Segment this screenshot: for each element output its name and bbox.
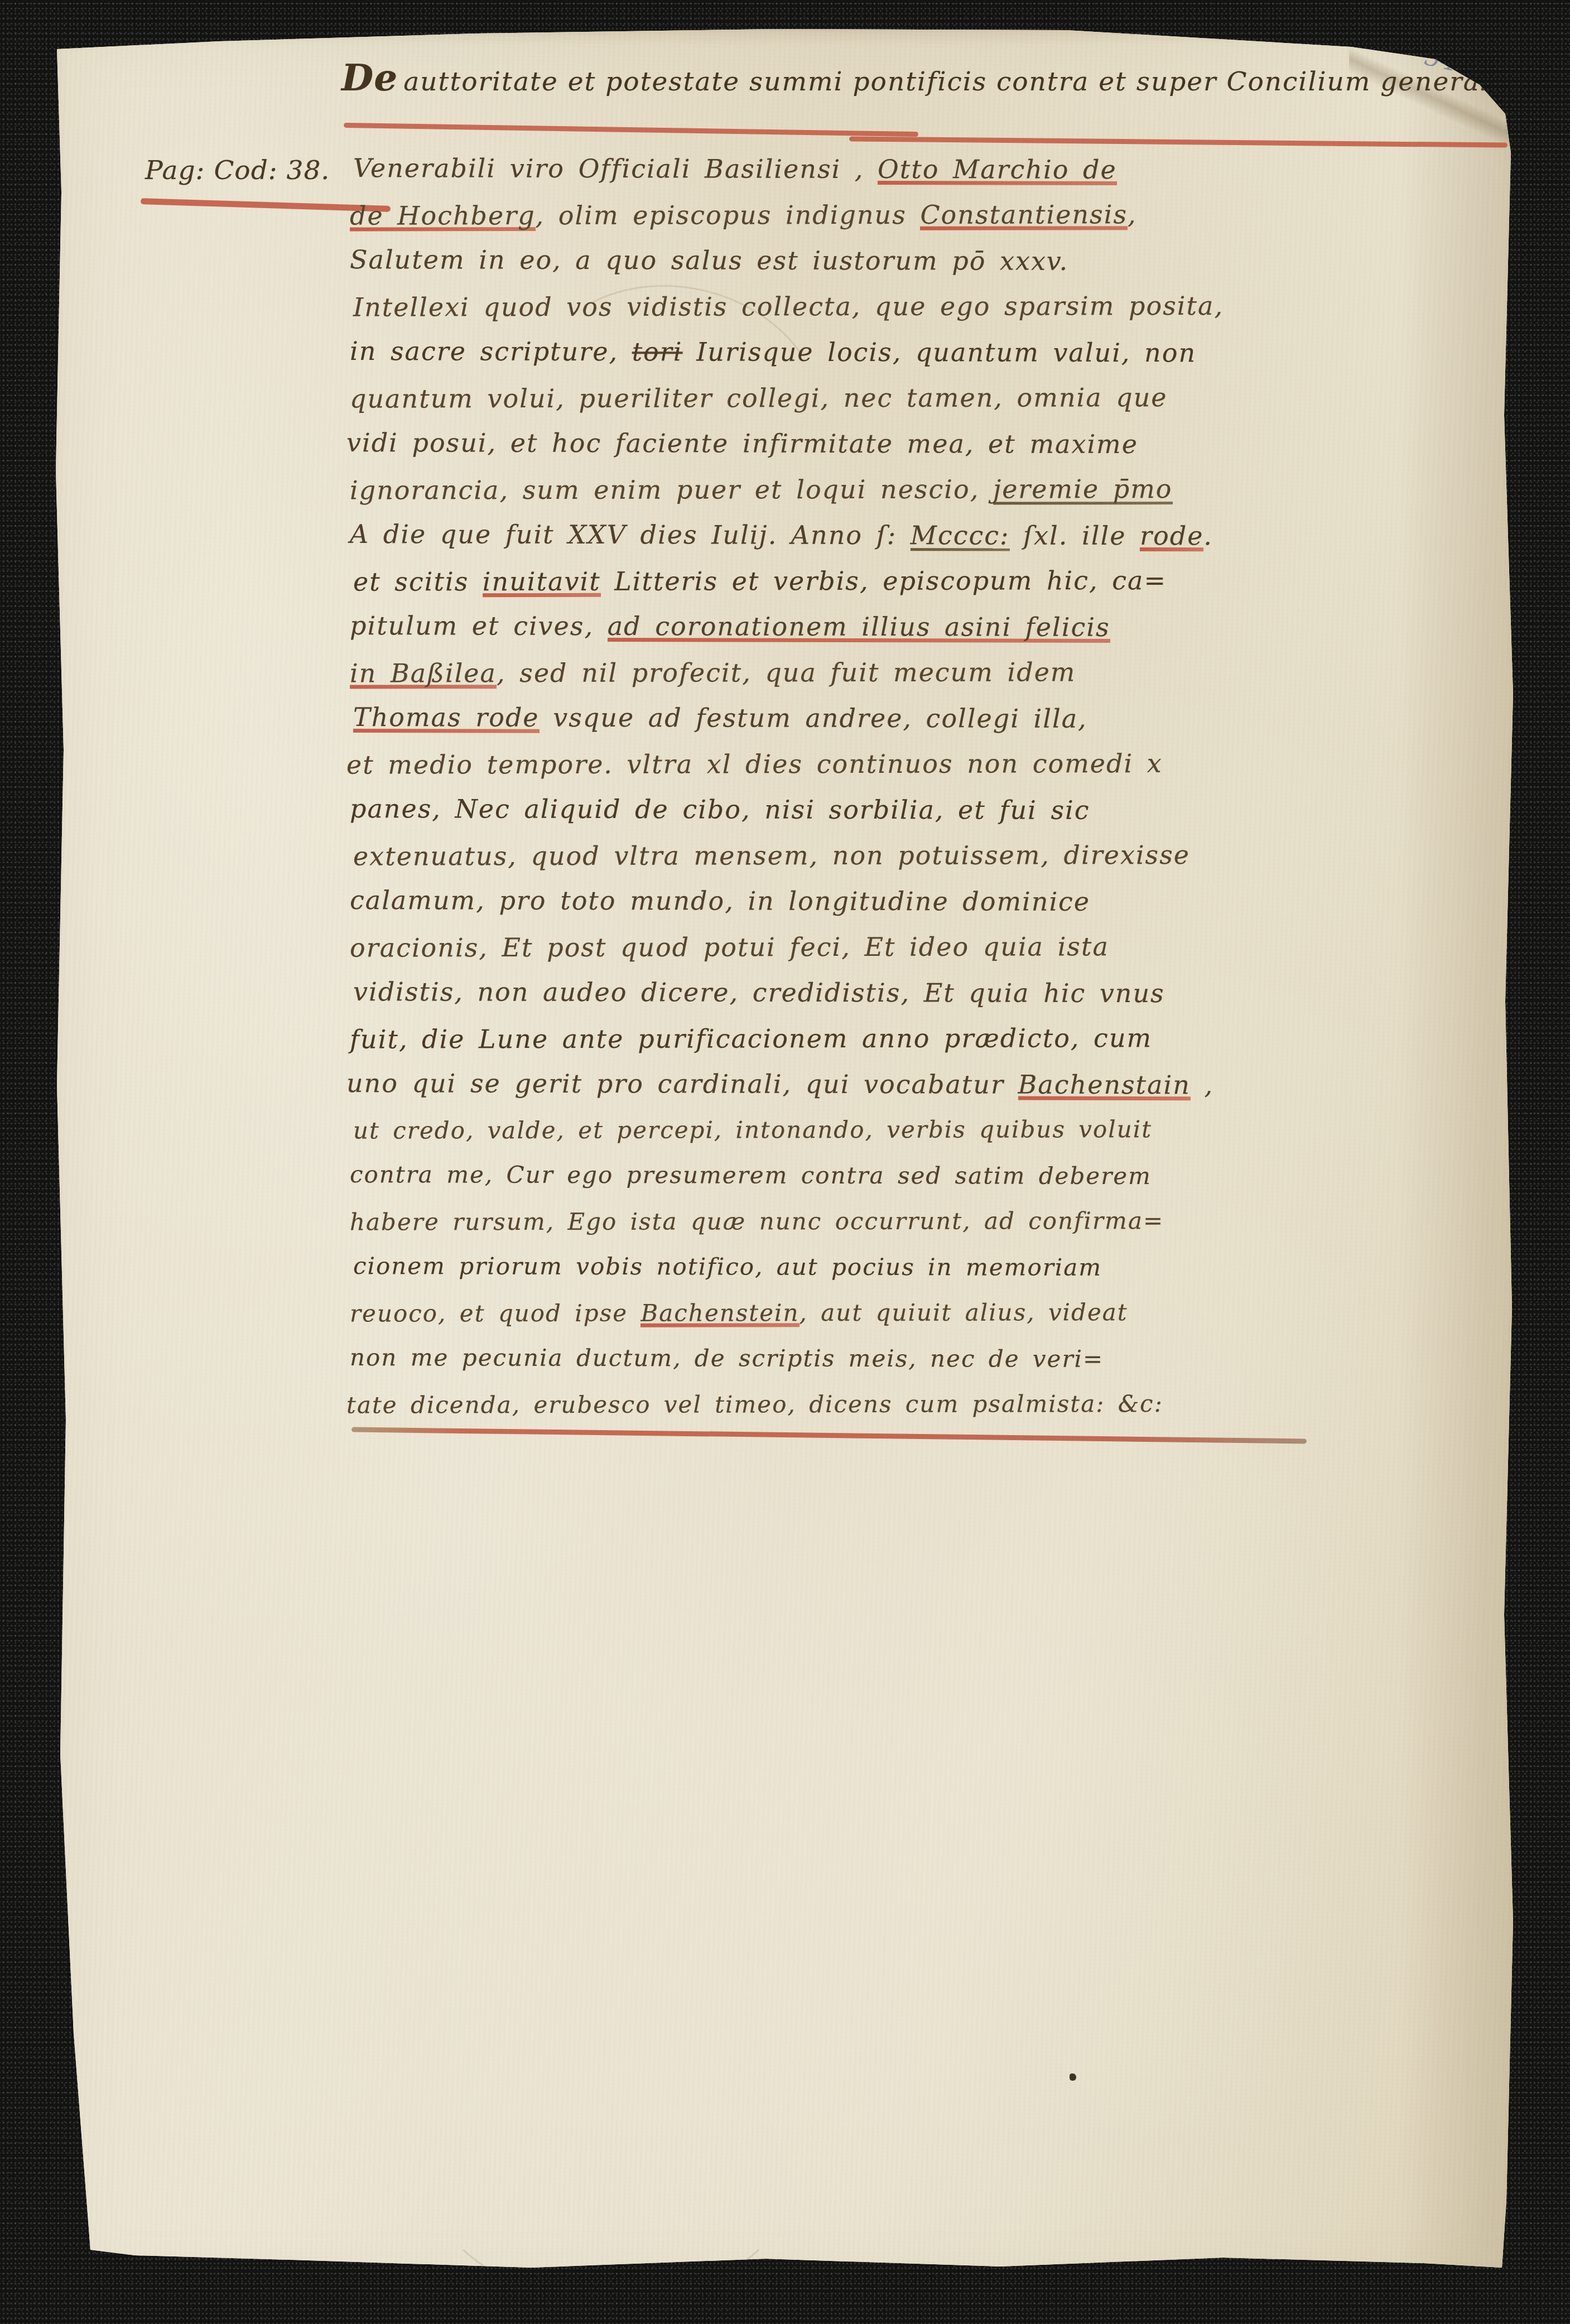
- text-segment: ,: [1128, 199, 1137, 229]
- text-segment: .: [1203, 521, 1213, 551]
- text-line: tate dicenda, erubesco vel timeo, dicens…: [346, 1380, 1371, 1428]
- text-segment: cionem priorum vobis notifico, aut pociu…: [353, 1252, 1102, 1281]
- text-segment: inuitavit: [483, 566, 601, 599]
- text-segment: quantum volui, pueriliter collegi, nec t…: [350, 382, 1168, 414]
- text-segment: tate dicenda, erubesco vel timeo, dicens…: [346, 1390, 1163, 1419]
- top-right-corner-fold: [1349, 25, 1528, 181]
- right-fold-crease: [1399, 25, 1528, 2293]
- text-segment: , aut quiuit alius, videat: [800, 1298, 1128, 1326]
- title-underline: [344, 123, 918, 137]
- text-line: Thomas rode vsque ad festum andree, coll…: [353, 694, 1371, 742]
- margin-note: Pag: Cod: 38.: [145, 155, 330, 186]
- text-segment: habere rursum, Ego ista quæ nunc occurru…: [350, 1207, 1164, 1236]
- text-segment: uno qui se gerit pro cardinali, qui voca…: [346, 1068, 1018, 1100]
- text-segment: vidistis, non audeo dicere, credidistis,…: [353, 976, 1165, 1008]
- title-initial: De: [341, 56, 398, 99]
- text-line: in sacre scripture, tori Iurisque locis,…: [350, 328, 1371, 376]
- text-segment: tori: [632, 336, 683, 367]
- text-segment: Intellexi quod vos vidistis collecta, qu…: [353, 291, 1224, 323]
- text-segment: non me pecunia ductum, de scriptis meis,…: [350, 1344, 1104, 1373]
- text-segment: fuit, die Lune ante purificacionem anno …: [350, 1023, 1152, 1055]
- text-segment: Litteris et verbis, episcopum hic, ca=: [601, 565, 1167, 596]
- text-segment: vsque ad festum andree, collegi illa,: [540, 703, 1087, 734]
- text-line: ut credo, valde, et percepi, intonando, …: [353, 1106, 1371, 1153]
- text-line: et scitis inuitavit Litteris et verbis, …: [353, 557, 1371, 604]
- text-segment: Thomas rode: [353, 702, 540, 735]
- text-line: reuoco, et quod ipse Bachenstein, aut qu…: [350, 1289, 1371, 1336]
- closing-rule: [351, 1427, 1307, 1444]
- text-line: cionem priorum vobis notifico, aut pociu…: [353, 1243, 1371, 1291]
- text-segment: ut credo, valde, et percepi, intonando, …: [353, 1115, 1152, 1144]
- text-line: et medio tempore. vltra xl dies continuo…: [346, 740, 1371, 787]
- text-segment: et scitis: [353, 566, 483, 596]
- text-segment: et medio tempore. vltra xl dies continuo…: [346, 748, 1163, 780]
- text-segment: vidi posui, et hoc faciente infirmitate …: [346, 427, 1138, 459]
- text-segment: , olim episcopus indignus: [536, 200, 921, 230]
- text-line: oracionis, Et post quod potui feci, Et i…: [350, 923, 1371, 970]
- text-segment: rode: [1140, 521, 1203, 553]
- text-segment: calamum, pro toto mundo, in longitudine …: [350, 885, 1090, 917]
- text-segment: de Hochberg: [350, 200, 536, 233]
- text-segment: ignorancia, sum enim puer et loqui nesci…: [350, 474, 993, 506]
- body-text: Venerabili viro Officiali Basiliensi , O…: [350, 146, 1371, 1427]
- text-line: Venerabili viro Officiali Basiliensi , O…: [353, 145, 1371, 193]
- text-segment: Bachenstain: [1018, 1070, 1191, 1103]
- text-line: Salutem in eo, a quo salus est iustorum …: [350, 237, 1371, 285]
- text-segment: pitulum et cives,: [350, 610, 608, 641]
- text-segment: ad coronationem illius asini felicis: [608, 611, 1110, 644]
- text-segment: Constantiensis: [920, 199, 1128, 232]
- paper-fold-impression: [408, 1966, 813, 2304]
- text-segment: Iurisque locis, quantum valui, non: [683, 336, 1197, 368]
- text-line: uno qui se gerit pro cardinali, qui voca…: [346, 1060, 1371, 1108]
- text-line: vidi posui, et hoc faciente infirmitate …: [346, 420, 1371, 468]
- text-line: pitulum et cives, ad coronationem illius…: [350, 603, 1371, 651]
- text-line: vidistis, non audeo dicere, credidistis,…: [353, 969, 1371, 1017]
- text-segment: reuoco, et quod ipse: [350, 1300, 640, 1327]
- text-line: non me pecunia ductum, de scriptis meis,…: [350, 1335, 1371, 1383]
- text-line: quantum volui, pueriliter collegi, nec t…: [350, 374, 1371, 421]
- text-segment: Bachenstein: [640, 1299, 799, 1329]
- page-title: Deauttoritate et potestate summi pontifi…: [341, 56, 1519, 99]
- text-segment: Otto Marchio de: [878, 154, 1117, 187]
- text-line: calamum, pro toto mundo, in longitudine …: [350, 877, 1371, 925]
- photograph-background: { "document": { "folio_number": "34", "t…: [0, 0, 1570, 2324]
- title-text: auttoritate et potestate summi pontifici…: [403, 66, 1515, 97]
- text-line: ignorancia, sum enim puer et loqui nesci…: [350, 465, 1371, 513]
- text-segment: panes, Nec aliquid de cibo, nisi sorbili…: [350, 793, 1090, 825]
- text-segment: in sacre scripture,: [350, 336, 632, 367]
- text-segment: jeremie p̄mo: [993, 474, 1173, 506]
- text-segment: contra me, Cur ego presumerem contra sed…: [350, 1161, 1152, 1190]
- ink-speck: [1070, 2073, 1076, 2081]
- text-line: habere rursum, Ego ista quæ nunc occurru…: [350, 1197, 1371, 1245]
- manuscript-page: 34 Deauttoritate et potestate summi pont…: [51, 25, 1528, 2293]
- text-segment: ſxl. ille: [1009, 521, 1140, 551]
- text-segment: oracionis, Et post quod potui feci, Et i…: [350, 931, 1109, 963]
- text-line: extenuatus, quod vltra mensem, non potui…: [353, 831, 1371, 879]
- text-segment: A die que fuit XXV dies Iulij. Anno ſ:: [350, 519, 911, 550]
- text-line: contra me, Cur ego presumerem contra sed…: [350, 1152, 1371, 1200]
- text-segment: , sed nil profecit, qua fuit mecum idem: [497, 657, 1076, 688]
- text-segment: in Baßilea: [350, 658, 497, 690]
- text-segment: Mcccc:: [911, 520, 1010, 552]
- text-line: fuit, die Lune ante purificacionem anno …: [350, 1014, 1371, 1062]
- text-line: Intellexi quod vos vidistis collecta, qu…: [353, 282, 1371, 330]
- text-segment: Salutem in eo, a quo salus est iustorum …: [350, 244, 1068, 276]
- text-line: A die que fuit XXV dies Iulij. Anno ſ: M…: [350, 511, 1371, 559]
- text-line: panes, Nec aliquid de cibo, nisi sorbili…: [350, 786, 1371, 834]
- text-segment: ,: [1191, 1070, 1213, 1100]
- text-segment: extenuatus, quod vltra mensem, non potui…: [353, 840, 1190, 872]
- text-line: de Hochberg, olim episcopus indignus Con…: [350, 191, 1371, 238]
- text-line: in Baßilea, sed nil profecit, qua fuit m…: [350, 648, 1371, 696]
- text-segment: Venerabili viro Officiali Basiliensi ,: [353, 153, 878, 184]
